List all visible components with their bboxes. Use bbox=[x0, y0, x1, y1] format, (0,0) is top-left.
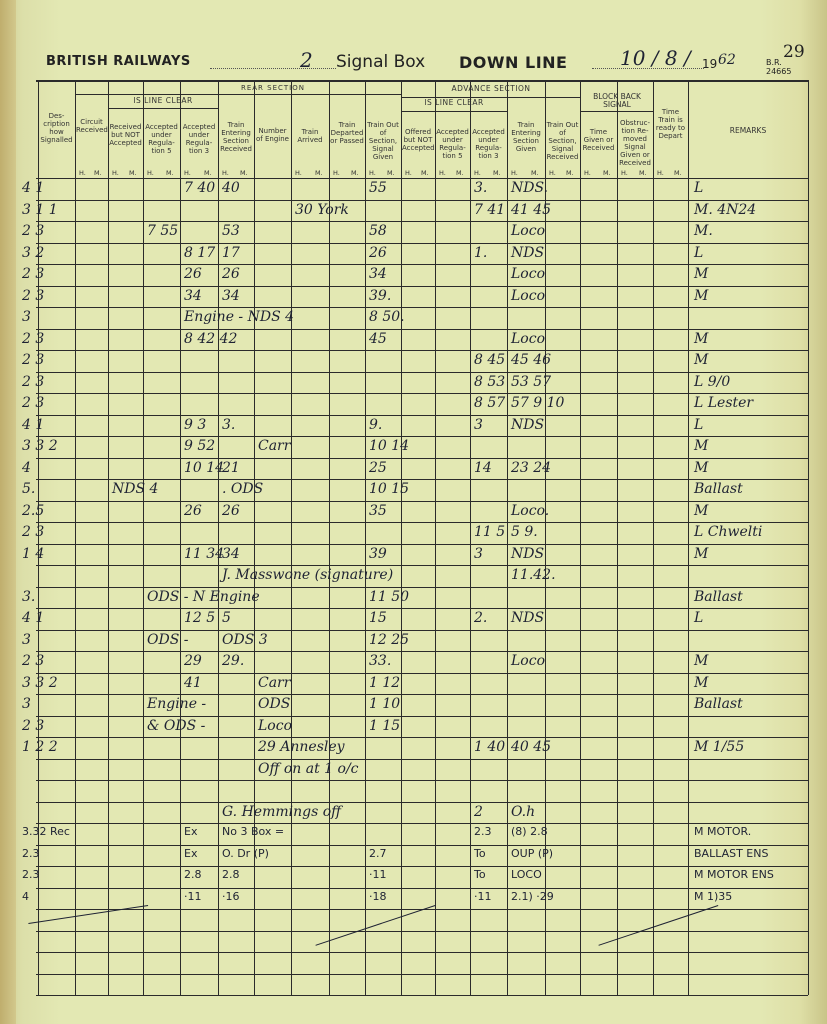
date: 10 / 8 / bbox=[620, 46, 691, 70]
remarks-entry: L bbox=[694, 245, 703, 261]
table-top-rule bbox=[36, 80, 808, 82]
entry-rear_accepted_reg3: 11 34 bbox=[184, 546, 224, 562]
entry-adv_accepted_reg3: 8 53 bbox=[474, 374, 505, 390]
remarks-entry: M bbox=[694, 288, 708, 304]
hours-label: H. bbox=[549, 169, 556, 177]
remarks-entry: Ballast bbox=[694, 696, 743, 712]
remarks-entry: M bbox=[694, 460, 708, 476]
column-divider bbox=[143, 80, 144, 995]
row-rule bbox=[36, 974, 808, 975]
row-rule bbox=[36, 866, 808, 867]
entry-train_entering_section_given: (8) 2.8 bbox=[511, 825, 548, 838]
entry-rear_accepted_reg3: Ex bbox=[184, 825, 197, 838]
hours-label: H. bbox=[657, 169, 664, 177]
remarks-entry: L bbox=[694, 180, 703, 196]
row-rule bbox=[36, 608, 808, 609]
entry-adv_accepted_reg3: 2. bbox=[474, 610, 487, 626]
description-how-signalled: 4 bbox=[22, 890, 29, 903]
void-strike-line bbox=[315, 905, 435, 946]
entry-train_entering_section_given: Loco bbox=[511, 331, 545, 347]
entry-train_out_of_section_signal_given: 35 bbox=[369, 503, 387, 519]
entry-number_of_engine: Carr bbox=[258, 675, 290, 691]
entry-train_entering_section_received: 5 bbox=[222, 610, 231, 626]
entry-adv_accepted_reg3: 7 41 bbox=[474, 202, 505, 218]
entry-train_arrived: 30 York bbox=[295, 202, 349, 218]
minutes-label: M. bbox=[493, 169, 501, 177]
column-header-rear_accepted_reg5: Accepted under Regula-tion 5 bbox=[144, 123, 179, 155]
row-rule bbox=[36, 931, 808, 932]
description-how-signalled: 4 1 bbox=[22, 610, 44, 626]
description-how-signalled: 3 bbox=[22, 309, 31, 325]
column-divider bbox=[580, 80, 581, 995]
entry-number_of_engine: ODS bbox=[258, 696, 290, 712]
remarks-entry: M MOTOR. bbox=[694, 825, 751, 838]
hours-label: H. bbox=[369, 169, 376, 177]
entry-train_entering_section_given: 23 24 bbox=[511, 460, 551, 476]
remarks-entry: M 1/55 bbox=[694, 739, 744, 755]
minutes-label: M. bbox=[94, 169, 102, 177]
description-how-signalled: 2 3 bbox=[22, 288, 44, 304]
entry-adv_accepted_reg3: 8 57 bbox=[474, 395, 505, 411]
entry-train_out_of_section_signal_given: 58 bbox=[369, 223, 387, 239]
entry-train_entering_section_given: Loco bbox=[511, 653, 545, 669]
entry-train_out_of_section_signal_given: 2.7 bbox=[369, 847, 387, 860]
description-how-signalled: 2.3 bbox=[22, 847, 40, 860]
column-header-description: Des-cription how Signalled bbox=[39, 112, 74, 144]
year-prefix: 19 bbox=[702, 57, 717, 71]
entry-train_entering_section_given: 11.42. bbox=[511, 567, 556, 583]
entry-rear_accepted_reg3: 8 17 bbox=[184, 245, 215, 261]
entry-rear_received_not_accepted: NDS 4 bbox=[112, 481, 158, 497]
entry-train_out_of_section_signal_given: 33. bbox=[369, 653, 391, 669]
void-strike-line bbox=[28, 905, 148, 924]
entry-train_entering_section_given: NDS bbox=[511, 245, 544, 261]
hours-label: H. bbox=[79, 169, 86, 177]
entry-rear_accepted_reg3: 10 14 bbox=[184, 460, 224, 476]
column-header-remarks: REMARKS bbox=[689, 127, 807, 135]
entry-adv_accepted_reg3: 8 45 bbox=[474, 352, 505, 368]
register-page: BRITISH RAILWAYS 2 Signal Box DOWN LINE … bbox=[0, 0, 827, 1024]
company-name: BRITISH RAILWAYS bbox=[46, 54, 191, 69]
entry-adv_accepted_reg3: 14 bbox=[474, 460, 492, 476]
row-rule bbox=[36, 565, 808, 566]
entry-train_out_of_section_signal_given: 39. bbox=[369, 288, 391, 304]
page-header: BRITISH RAILWAYS 2 Signal Box DOWN LINE … bbox=[46, 50, 806, 76]
entry-train_entering_section_given: 40 45 bbox=[511, 739, 551, 755]
entry-rear_accepted_reg3: 41 bbox=[184, 675, 202, 691]
entry-train_out_of_section_signal_given: 11 50 bbox=[369, 589, 409, 605]
entry-rear_accepted_reg5: ODS - bbox=[147, 632, 188, 648]
advance-is-line-clear-heading: IS LINE CLEAR bbox=[401, 99, 507, 107]
row-rule bbox=[36, 888, 808, 889]
entry-train_out_of_section_signal_given: 1 12 bbox=[369, 675, 400, 691]
row-rule bbox=[36, 264, 808, 265]
row-rule bbox=[36, 307, 808, 308]
book-binding bbox=[0, 0, 16, 1024]
hours-label: H. bbox=[474, 169, 481, 177]
remarks-entry: M 1)35 bbox=[694, 890, 732, 903]
entry-train_out_of_section_signal_given: 39 bbox=[369, 546, 387, 562]
column-header-time_ready_to_depart: Time Train is ready to Depart bbox=[654, 108, 687, 140]
row-rule bbox=[36, 995, 808, 996]
entry-train_entering_section_given: NDS bbox=[511, 417, 544, 433]
entry-train_out_of_section_signal_given: 34 bbox=[369, 266, 387, 282]
description-how-signalled: 2.3 bbox=[22, 868, 40, 881]
row-rule bbox=[36, 372, 808, 373]
description-how-signalled: 3 bbox=[22, 632, 31, 648]
advance-section-heading: ADVANCE SECTION bbox=[401, 85, 581, 93]
row-rule bbox=[36, 544, 808, 545]
minutes-label: M. bbox=[639, 169, 647, 177]
row-rule bbox=[36, 673, 808, 674]
entry-adv_accepted_reg3: 11 5 bbox=[474, 524, 505, 540]
row-rule bbox=[36, 780, 808, 781]
description-how-signalled: 3 2 bbox=[22, 245, 44, 261]
entry-train_entering_section_received: No 3 Box = bbox=[222, 825, 284, 838]
row-rule bbox=[36, 436, 808, 437]
remarks-entry: L bbox=[694, 610, 703, 626]
entry-train_entering_section_given: OUP (P) bbox=[511, 847, 553, 860]
row-rule bbox=[36, 243, 808, 244]
entry-train_entering_section_given: Loco bbox=[511, 223, 545, 239]
hours-label: H. bbox=[584, 169, 591, 177]
minutes-label: M. bbox=[531, 169, 539, 177]
column-divider bbox=[218, 80, 219, 995]
row-rule bbox=[36, 952, 808, 953]
column-divider bbox=[435, 80, 436, 995]
entry-train_entering_section_received: ODS 3 bbox=[222, 632, 268, 648]
remarks-entry: Ballast bbox=[694, 589, 743, 605]
column-header-train_entering_section_given: Train Entering Section Given bbox=[508, 121, 544, 153]
column-header-train_arrived: Train Arrived bbox=[292, 128, 328, 144]
row-rule bbox=[36, 823, 808, 824]
entry-train_entering_section_received: 34 bbox=[222, 288, 240, 304]
description-how-signalled: 1 2 2 bbox=[22, 739, 58, 755]
description-how-signalled: 4 1 bbox=[22, 180, 44, 196]
row-rule bbox=[36, 221, 808, 222]
entry-train_entering_section_given: NDS bbox=[511, 546, 544, 562]
entry-train_out_of_section_signal_given: 55 bbox=[369, 180, 387, 196]
remarks-entry: M bbox=[694, 352, 708, 368]
description-how-signalled: 2.5 bbox=[22, 503, 44, 519]
entry-train_entering_section_received: O. Dr (P) bbox=[222, 847, 269, 860]
rear-line-clear-rule bbox=[108, 108, 218, 109]
form-number: B.R. 24665 bbox=[766, 58, 806, 76]
box-number-line bbox=[210, 68, 336, 69]
description-how-signalled: 3. bbox=[22, 589, 35, 605]
entry-train_entering_section_received: J. Masswone (signature) bbox=[222, 567, 393, 583]
minutes-label: M. bbox=[204, 169, 212, 177]
row-rule bbox=[36, 651, 808, 652]
column-divider bbox=[617, 80, 618, 995]
minutes-label: M. bbox=[315, 169, 323, 177]
entry-rear_accepted_reg5: & ODS - bbox=[147, 718, 205, 734]
block-back-rule bbox=[581, 111, 653, 112]
column-divider bbox=[180, 80, 181, 995]
entry-train_entering_section_given: 5 9. bbox=[511, 524, 538, 540]
entry-train_entering_section_given: O.h bbox=[511, 804, 535, 820]
entry-train_entering_section_received: 3. bbox=[222, 417, 235, 433]
entry-adv_accepted_reg3: 3 bbox=[474, 417, 483, 433]
entry-rear_accepted_reg3: 9 52 bbox=[184, 438, 215, 454]
entry-train_entering_section_received: 29. bbox=[222, 653, 244, 669]
entry-train_entering_section_given: 53 57 bbox=[511, 374, 551, 390]
minutes-label: M. bbox=[166, 169, 174, 177]
column-header-train_departed_or_passed: Train Departed or Passed bbox=[330, 121, 364, 145]
remarks-entry: Ballast bbox=[694, 481, 743, 497]
entry-number_of_engine: Off on at 1 o/c bbox=[258, 761, 359, 777]
remarks-entry: L 9/0 bbox=[694, 374, 730, 390]
column-header-obstruction_removed: Obstruc-tion Re-moved Signal Given or Re… bbox=[618, 119, 652, 167]
minutes-label: M. bbox=[129, 169, 137, 177]
column-divider bbox=[75, 80, 76, 995]
description-how-signalled: 3 3 2 bbox=[22, 675, 58, 691]
minutes-label: M. bbox=[240, 169, 248, 177]
minutes-label: M. bbox=[674, 169, 682, 177]
remarks-entry: M bbox=[694, 675, 708, 691]
column-header-train_entering_section_received: Train Entering Section Received bbox=[219, 121, 253, 153]
minutes-label: M. bbox=[456, 169, 464, 177]
entry-adv_accepted_reg3: 3 bbox=[474, 546, 483, 562]
entry-train_out_of_section_signal_given: 9. bbox=[369, 417, 382, 433]
column-header-train_out_of_section_signal_given: Train Out of Section, Signal Given bbox=[366, 121, 400, 161]
row-rule bbox=[36, 759, 808, 760]
column-divider bbox=[653, 80, 654, 995]
entry-train_entering_section_received: 17 bbox=[222, 245, 240, 261]
column-header-circuit_received: Circuit Received bbox=[76, 118, 107, 134]
column-divider bbox=[688, 80, 689, 995]
entry-train_entering_section_received: 26 bbox=[222, 503, 240, 519]
column-divider bbox=[470, 80, 471, 995]
entry-train_out_of_section_signal_given: 15 bbox=[369, 610, 387, 626]
entry-rear_accepted_reg3: ·11 bbox=[184, 890, 202, 903]
row-rule bbox=[36, 286, 808, 287]
entry-train_entering_section_given: Loco bbox=[511, 266, 545, 282]
entry-train_entering_section_received: 34 bbox=[222, 546, 240, 562]
entry-train_out_of_section_signal_given: 1 10 bbox=[369, 696, 400, 712]
hours-label: H. bbox=[295, 169, 302, 177]
entry-adv_accepted_reg3: To bbox=[474, 847, 486, 860]
entry-rear_accepted_reg3: Engine - NDS 4 bbox=[184, 309, 294, 325]
remarks-entry: M bbox=[694, 653, 708, 669]
entry-train_entering_section_given: 2.1) ·29 bbox=[511, 890, 554, 903]
hours-label: H. bbox=[184, 169, 191, 177]
description-how-signalled: 2 3 bbox=[22, 524, 44, 540]
hours-label: H. bbox=[511, 169, 518, 177]
row-rule bbox=[36, 479, 808, 480]
description-how-signalled: 2 3 bbox=[22, 718, 44, 734]
entry-rear_accepted_reg5: Engine - bbox=[147, 696, 206, 712]
entry-train_out_of_section_signal_given: ·18 bbox=[369, 890, 387, 903]
column-header-adv_accepted_reg3: Accepted under Regula-tion 3 bbox=[471, 128, 506, 160]
entry-rear_accepted_reg5: 7 55 bbox=[147, 223, 178, 239]
row-rule bbox=[36, 200, 808, 201]
header-bottom-rule bbox=[36, 178, 808, 179]
entry-rear_accepted_reg3: 2.8 bbox=[184, 868, 202, 881]
remarks-entry: BALLAST ENS bbox=[694, 847, 768, 860]
advance-line-clear-rule bbox=[401, 111, 507, 112]
entry-adv_accepted_reg3: To bbox=[474, 868, 486, 881]
row-rule bbox=[36, 802, 808, 803]
hours-label: H. bbox=[112, 169, 119, 177]
entry-train_out_of_section_signal_given: 10 15 bbox=[369, 481, 409, 497]
entry-train_entering_section_received: 21 bbox=[222, 460, 240, 476]
description-how-signalled: 3.32 Rec bbox=[22, 825, 70, 838]
row-rule bbox=[36, 415, 808, 416]
minutes-label: M. bbox=[387, 169, 395, 177]
row-rule bbox=[36, 522, 808, 523]
description-how-signalled: 1 4 bbox=[22, 546, 44, 562]
entry-rear_accepted_reg3: 9 3 bbox=[184, 417, 206, 433]
row-rule bbox=[36, 737, 808, 738]
year-suffix: 62 bbox=[718, 52, 736, 68]
entry-train_out_of_section_signal_given: 12 25 bbox=[369, 632, 409, 648]
remarks-entry: M bbox=[694, 266, 708, 282]
description-how-signalled: 3 bbox=[22, 696, 31, 712]
entry-rear_accepted_reg3: Ex bbox=[184, 847, 197, 860]
entry-train_entering_section_received: 40 bbox=[222, 180, 240, 196]
description-how-signalled: 3 3 2 bbox=[22, 438, 58, 454]
box-number: 2 bbox=[300, 48, 313, 72]
entry-train_out_of_section_signal_given: ·11 bbox=[369, 868, 387, 881]
entry-train_out_of_section_signal_given: 10 14 bbox=[369, 438, 409, 454]
entry-train_entering_section_given: 57 9 10 bbox=[511, 395, 564, 411]
entry-train_entering_section_received: 53 bbox=[222, 223, 240, 239]
entry-train_entering_section_received: 26 bbox=[222, 266, 240, 282]
entry-rear_accepted_reg3: 12 5 bbox=[184, 610, 215, 626]
entry-train_entering_section_given: 41 45 bbox=[511, 202, 551, 218]
remarks-entry: M. 4N24 bbox=[694, 202, 756, 218]
minutes-label: M. bbox=[421, 169, 429, 177]
description-how-signalled: 2 3 bbox=[22, 395, 44, 411]
remarks-entry: M bbox=[694, 503, 708, 519]
row-rule bbox=[36, 587, 808, 588]
column-header-time_given_or_received: Time Given or Received bbox=[581, 128, 616, 152]
column-header-rear_accepted_reg3: Accepted under Regula-tion 3 bbox=[181, 123, 217, 155]
entry-number_of_engine: Loco bbox=[258, 718, 292, 734]
description-how-signalled: 4 bbox=[22, 460, 31, 476]
description-how-signalled: 2 3 bbox=[22, 331, 44, 347]
row-rule bbox=[36, 329, 808, 330]
hours-label: H. bbox=[621, 169, 628, 177]
entry-train_entering_section_given: Loco. bbox=[511, 503, 549, 519]
description-how-signalled: 4 1 bbox=[22, 417, 44, 433]
entry-rear_accepted_reg3: 7 40 bbox=[184, 180, 215, 196]
description-how-signalled: 2 3 bbox=[22, 223, 44, 239]
column-divider bbox=[365, 80, 366, 995]
minutes-label: M. bbox=[603, 169, 611, 177]
line-label: DOWN LINE bbox=[459, 53, 567, 72]
entry-train_out_of_section_signal_given: 25 bbox=[369, 460, 387, 476]
entry-train_entering_section_received: ·16 bbox=[222, 890, 240, 903]
entry-rear_accepted_reg5: ODS - N Engine bbox=[147, 589, 260, 605]
column-header-rear_received_not_accepted: Received but NOT Accepted bbox=[109, 123, 142, 147]
row-rule bbox=[36, 393, 808, 394]
remarks-entry: L bbox=[694, 417, 703, 433]
entry-rear_accepted_reg3: 8 42 42 bbox=[184, 331, 237, 347]
entry-train_out_of_section_signal_given: 26 bbox=[369, 245, 387, 261]
remarks-entry: M MOTOR ENS bbox=[694, 868, 774, 881]
row-rule bbox=[36, 845, 808, 846]
block-back-signal-heading: BLOCK BACK SIGNAL bbox=[581, 93, 653, 109]
column-divider bbox=[808, 80, 809, 995]
rear-section-heading: REAR SECTION bbox=[218, 84, 328, 92]
minutes-label: M. bbox=[351, 169, 359, 177]
row-rule bbox=[36, 716, 808, 717]
entry-train_out_of_section_signal_given: 1 15 bbox=[369, 718, 400, 734]
column-divider bbox=[507, 80, 508, 995]
entry-train_out_of_section_signal_given: 8 50. bbox=[369, 309, 405, 325]
remarks-entry: M bbox=[694, 438, 708, 454]
description-how-signalled: 2 3 bbox=[22, 352, 44, 368]
description-how-signalled: 2 3 bbox=[22, 374, 44, 390]
column-divider bbox=[401, 80, 402, 995]
hours-label: H. bbox=[147, 169, 154, 177]
entry-rear_accepted_reg3: 34 bbox=[184, 288, 202, 304]
hours-label: H. bbox=[333, 169, 340, 177]
hours-label: H. bbox=[405, 169, 412, 177]
entry-train_entering_section_received: G. Hemmings off bbox=[222, 804, 341, 820]
minutes-label: M. bbox=[566, 169, 574, 177]
entry-adv_accepted_reg3: 3. bbox=[474, 180, 487, 196]
description-how-signalled: 2 3 bbox=[22, 266, 44, 282]
column-header-number_of_engine: Number of Engine bbox=[255, 127, 290, 143]
entry-train_out_of_section_signal_given: 45 bbox=[369, 331, 387, 347]
entry-rear_accepted_reg3: 26 bbox=[184, 503, 202, 519]
description-how-signalled: 2 3 bbox=[22, 653, 44, 669]
entry-train_entering_section_given: NDS bbox=[511, 610, 544, 626]
entry-adv_accepted_reg3: ·11 bbox=[474, 890, 492, 903]
entry-train_entering_section_received: . ODS bbox=[222, 481, 263, 497]
description-how-signalled: 5. bbox=[22, 481, 35, 497]
row-rule bbox=[36, 350, 808, 351]
signal-box-label: Signal Box bbox=[336, 52, 425, 72]
column-divider bbox=[291, 80, 292, 995]
entry-train_entering_section_given: Loco bbox=[511, 288, 545, 304]
rear-is-line-clear-heading: IS LINE CLEAR bbox=[108, 97, 218, 105]
entry-number_of_engine: 29 Annesley bbox=[258, 739, 345, 755]
entry-train_entering_section_given: LOCO bbox=[511, 868, 542, 881]
description-how-signalled: 3 1 1 bbox=[22, 202, 58, 218]
remarks-entry: M bbox=[694, 546, 708, 562]
entry-train_entering_section_received: 2.8 bbox=[222, 868, 240, 881]
row-rule bbox=[36, 630, 808, 631]
entry-train_entering_section_given: 45 46 bbox=[511, 352, 551, 368]
row-rule bbox=[36, 694, 808, 695]
row-rule bbox=[36, 501, 808, 502]
row-rule bbox=[36, 458, 808, 459]
column-header-train_out_of_section_signal_received: Train Out of Section, Signal Received bbox=[546, 121, 579, 161]
entry-rear_accepted_reg3: 29 bbox=[184, 653, 202, 669]
rear-section-rule bbox=[75, 94, 401, 95]
column-header-adv_accepted_reg5: Accepted under Regula-tion 5 bbox=[436, 128, 469, 160]
remarks-entry: M. bbox=[694, 223, 713, 239]
remarks-entry: L Chwelti bbox=[694, 524, 762, 540]
column-divider bbox=[108, 80, 109, 995]
entry-adv_accepted_reg3: 2.3 bbox=[474, 825, 492, 838]
entry-number_of_engine: Carr bbox=[258, 438, 290, 454]
hours-label: H. bbox=[222, 169, 229, 177]
remarks-entry: L Lester bbox=[694, 395, 753, 411]
column-header-adv_offered_not_accepted: Offered but NOT Accepted bbox=[402, 128, 434, 152]
entry-adv_accepted_reg3: 2 bbox=[474, 804, 483, 820]
remarks-entry: M bbox=[694, 331, 708, 347]
entry-adv_accepted_reg3: 1. bbox=[474, 245, 487, 261]
entry-train_entering_section_given: NDS. bbox=[511, 180, 548, 196]
entry-rear_accepted_reg3: 26 bbox=[184, 266, 202, 282]
hours-label: H. bbox=[439, 169, 446, 177]
entry-adv_accepted_reg3: 1 40 bbox=[474, 739, 505, 755]
